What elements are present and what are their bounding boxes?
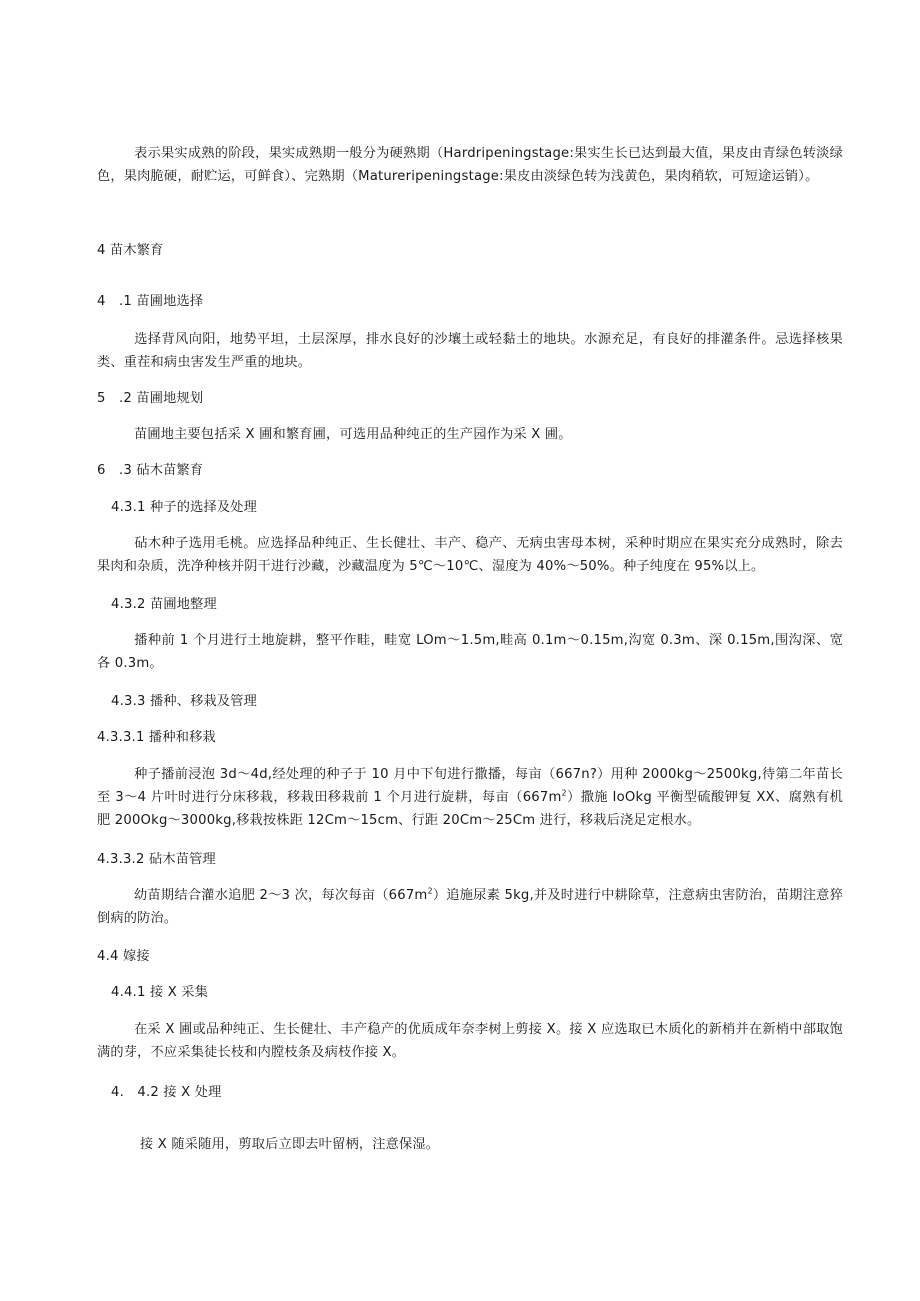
heading-4-3-2-land-prep: 4.3.2 苗圃地整理 <box>111 594 217 616</box>
document-page: 表示果实成熟的阶段，果实成熟期一般分为硬熟期（Hardripeningstage… <box>0 0 920 1301</box>
paragraph-ripening-stages: 表示果实成熟的阶段，果实成熟期一般分为硬熟期（Hardripeningstage… <box>97 142 843 188</box>
heading-4-3-rootstock: 6 .3 砧木苗繁育 <box>97 460 203 482</box>
heading-4-nursery: 4 苗木繁育 <box>97 240 164 262</box>
heading-4-3-3-2-management: 4.3.3.2 砧木苗管理 <box>97 849 216 871</box>
heading-4-3-3-sowing: 4.3.3 播种、移栽及管理 <box>111 691 257 713</box>
paragraph-planning: 苗圃地主要包括采 X 圃和繁育圃，可选用品种纯正的生产园作为采 X 圃。 <box>134 424 572 446</box>
heading-4-4-2-scion-treatment: 4. 4.2 接 X 处理 <box>111 1082 222 1104</box>
heading-4-3-3-1-transplant: 4.3.3.1 播种和移栽 <box>97 727 216 749</box>
paragraph-scion-treatment: 接 X 随采随用，剪取后立即去叶留柄，注意保湿。 <box>140 1134 439 1156</box>
paragraph-land-prep: 播种前 1 个月进行土地旋耕，整平作畦，畦宽 LOm～1.5m,畦高 0.1m～… <box>97 629 843 675</box>
paragraph-site-selection: 选择背风向阳，地势平坦，土层深厚，排水良好的沙壤土或轻黏土的地块。水源充足，有良… <box>97 328 843 374</box>
heading-4-4-grafting: 4.4 嫁接 <box>97 946 150 968</box>
heading-4-2-planning: 5 .2 苗圃地规划 <box>97 388 203 410</box>
paragraph-management: 幼苗期结合灌水追肥 2～3 次，每次每亩（667m2）追施尿素 5kg,并及时进… <box>97 884 843 930</box>
heading-4-1-site-selection: 4 .1 苗圃地选择 <box>97 291 203 313</box>
heading-4-4-1-scion-collection: 4.4.1 接 X 采集 <box>111 982 208 1004</box>
paragraph-seed: 砧木种子选用毛桃。应选择品种纯正、生长健壮、丰产、稳产、无病虫害母本树，采种时期… <box>97 532 843 578</box>
heading-4-3-1-seed: 4.3.1 种子的选择及处理 <box>111 497 257 519</box>
paragraph-scion-collection: 在采 X 圃或品种纯正、生长健壮、丰产稳产的优质成年奈李树上剪接 X。接 X 应… <box>97 1018 843 1064</box>
paragraph-transplant: 种子播前浸泡 3d～4d,经处理的种子于 10 月中下旬进行撒播，每亩（667n… <box>97 763 843 832</box>
